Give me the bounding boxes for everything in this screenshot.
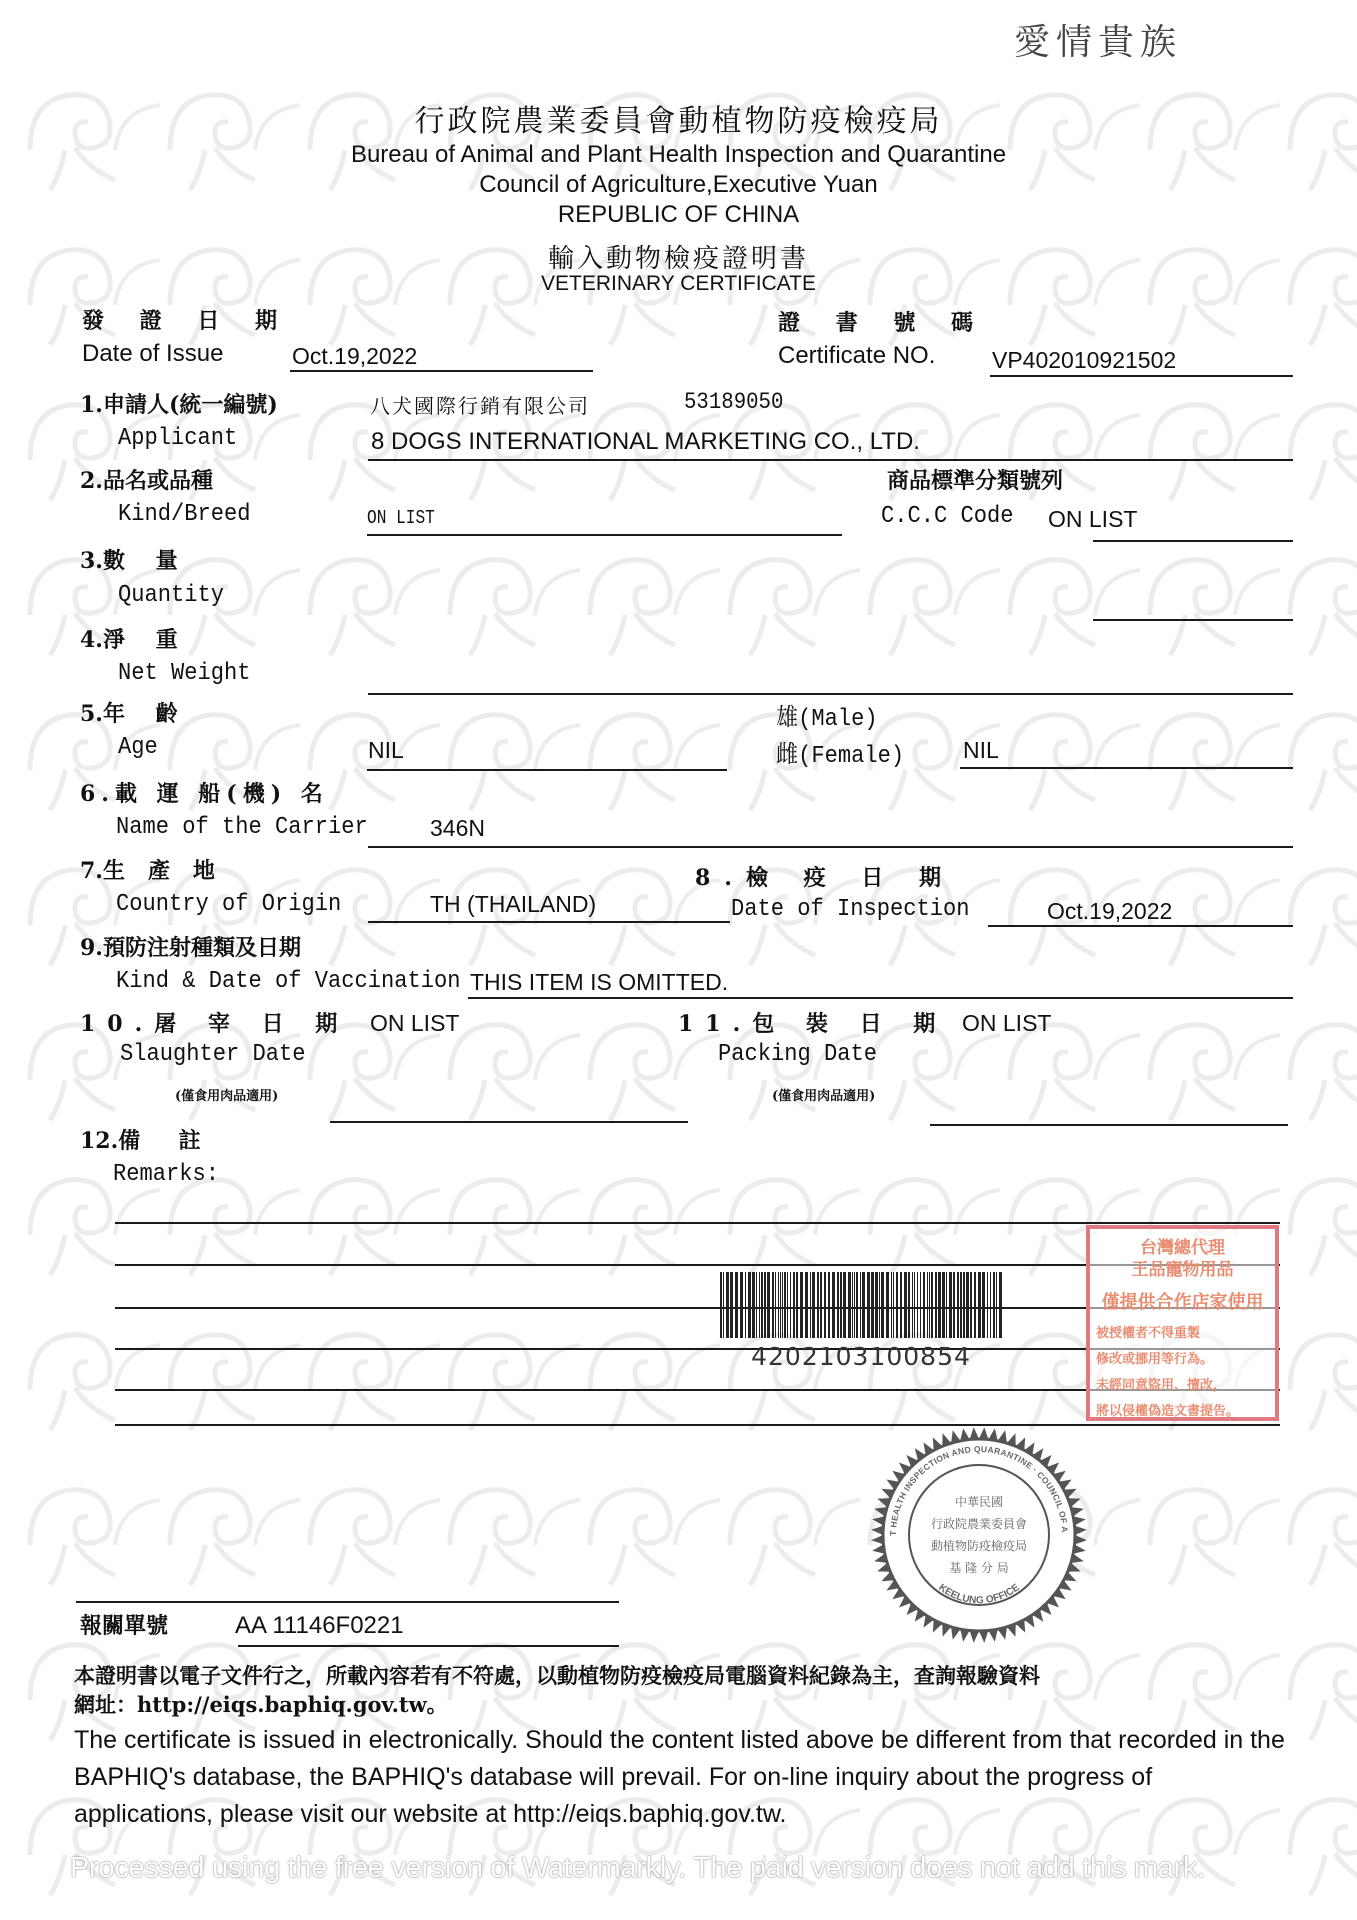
age-value: NIL [368, 737, 404, 764]
packing-label: Packing Date [718, 1041, 877, 1068]
barcode [720, 1272, 1002, 1338]
remarks-label-cn: 12.備 註 [80, 1124, 201, 1155]
origin-label: Country of Origin [116, 891, 341, 918]
stamp-line-5: 修改或挪用等行為。 [1096, 1351, 1269, 1369]
svg-text:動植物防疫檢疫局: 動植物防疫檢疫局 [931, 1538, 1027, 1553]
agency-title-en: Bureau of Animal and Plant Health Inspec… [0, 141, 1357, 169]
agency-title-cn: 行政院農業委員會動植物防疫檢疫局 [0, 96, 1357, 140]
applicant-uid: 53189050 [684, 389, 783, 415]
carrier-label: Name of the Carrier [116, 814, 368, 841]
female-label: 雌(Female) [776, 734, 904, 770]
date-of-issue-label-cn: 發 證 日 期 [82, 304, 291, 335]
origin-value: TH (THAILAND) [430, 891, 596, 918]
slaughter-note: (僅食用肉品適用) [175, 1085, 278, 1104]
certificate-no-label: Certificate NO. [778, 342, 935, 370]
carrier-label-cn: 6.載 運 船(機) 名 [80, 777, 329, 808]
inspection-label-cn: 8.檢 疫 日 期 [695, 861, 955, 892]
net-weight-label-cn: 4.淨 重 [80, 623, 178, 654]
stamp-line-3: 僅提供合作店家使用 [1096, 1289, 1269, 1317]
applicant-label: Applicant [118, 425, 237, 452]
net-weight-label: Net Weight [118, 660, 251, 687]
stamp-line-4: 被授權者不得重製 [1096, 1325, 1269, 1343]
quantity-label: Quantity [118, 582, 224, 609]
watermarkly-notice: Processed using the free version of Wate… [70, 1852, 1205, 1885]
packing-note: (僅食用肉品適用) [772, 1085, 875, 1104]
barcode-number: 4202103100854 [720, 1342, 1002, 1371]
vaccination-value: THIS ITEM IS OMITTED. [470, 969, 728, 996]
certificate-no-label-cn: 證 書 號 碼 [778, 306, 987, 337]
age-label-cn: 5.年 齡 [80, 697, 178, 728]
svg-text:中華民國: 中華民國 [955, 1494, 1003, 1509]
svg-text:行政院農業委員會: 行政院農業委員會 [931, 1516, 1027, 1531]
slaughter-label: Slaughter Date [120, 1041, 306, 1068]
packing-label-cn: 11.包 裝 日 期 [678, 1007, 947, 1038]
kind-breed-value: ON LIST [367, 507, 435, 529]
ccc-code-label: C.C.C Code [881, 503, 1014, 530]
slaughter-label-cn: 10.屠 宰 日 期 [80, 1007, 349, 1038]
inspection-label: Date of Inspection [731, 896, 970, 923]
kind-breed-label: Kind/Breed [118, 501, 251, 528]
remarks-label: Remarks: [113, 1161, 219, 1188]
customs-no-value: AA 11146F0221 [235, 1612, 404, 1640]
doc-title-cn: 輸入動物檢疫證明書 [0, 238, 1357, 275]
applicant-label-cn: 1.申請人(統一編號) [80, 388, 278, 419]
stamp-line-6: 未經同意盜用、擅改， [1096, 1377, 1269, 1395]
country-title: REPUBLIC OF CHINA [0, 201, 1357, 229]
carrier-value: 346N [430, 815, 485, 842]
ccc-code-value: ON LIST [1048, 506, 1137, 533]
quantity-label-cn: 3.數 量 [80, 544, 178, 575]
kind-breed-label-cn: 2.品名或品種 [80, 464, 213, 495]
stamp-line-2: 王品寵物用品 [1096, 1259, 1269, 1281]
footer-note-cn-line1: 本證明書以電子文件行之，所載內容若有不符處，以動植物防疫檢疫局電腦資料紀錄為主，… [74, 1660, 1040, 1690]
applicant-name-en: 8 DOGS INTERNATIONAL MARKETING CO., LTD. [371, 428, 920, 456]
stamp-line-7: 將以侵權偽造文書提告。 [1096, 1403, 1269, 1421]
packing-value: ON LIST [962, 1010, 1051, 1037]
applicant-name-cn: 八犬國際行銷有限公司 [370, 390, 590, 419]
sex-value: NIL [963, 737, 999, 764]
slaughter-value: ON LIST [370, 1010, 459, 1037]
svg-text:基 隆 分 局: 基 隆 分 局 [949, 1560, 1008, 1575]
certificate-no-value: VP402010921502 [992, 347, 1176, 374]
age-label: Age [118, 734, 158, 761]
customs-no-label-cn: 報關單號 [80, 1609, 168, 1640]
distributor-stamp: 台灣總代理 王品寵物用品 僅提供合作店家使用 被授權者不得重製 修改或挪用等行為… [1086, 1225, 1279, 1421]
official-seal: BUREAU OF ANIMAL AND PLANT HEALTH INSPEC… [868, 1424, 1090, 1646]
date-of-issue-value: Oct.19,2022 [292, 343, 417, 370]
footer-note-en: The certificate is issued in electronica… [74, 1722, 1294, 1833]
handwritten-note: 愛情貴族 [1014, 14, 1182, 65]
council-title: Council of Agriculture,Executive Yuan [0, 171, 1357, 199]
male-label: 雄(Male) [776, 697, 878, 733]
origin-label-cn: 7.生 產 地 [80, 854, 215, 885]
vaccination-label: Kind & Date of Vaccination [116, 968, 461, 995]
date-of-issue-label: Date of Issue [82, 340, 223, 368]
vaccination-label-cn: 9.預防注射種類及日期 [80, 931, 301, 962]
footer-note-cn-line2: 網址：http://eiqs.baphiq.gov.tw。 [74, 1689, 448, 1719]
stamp-line-1: 台灣總代理 [1096, 1237, 1269, 1259]
inspection-value: Oct.19,2022 [1047, 898, 1172, 925]
ccc-code-label-cn: 商品標準分類號列 [887, 464, 1063, 495]
doc-title-en: VETERINARY CERTIFICATE [0, 272, 1357, 296]
